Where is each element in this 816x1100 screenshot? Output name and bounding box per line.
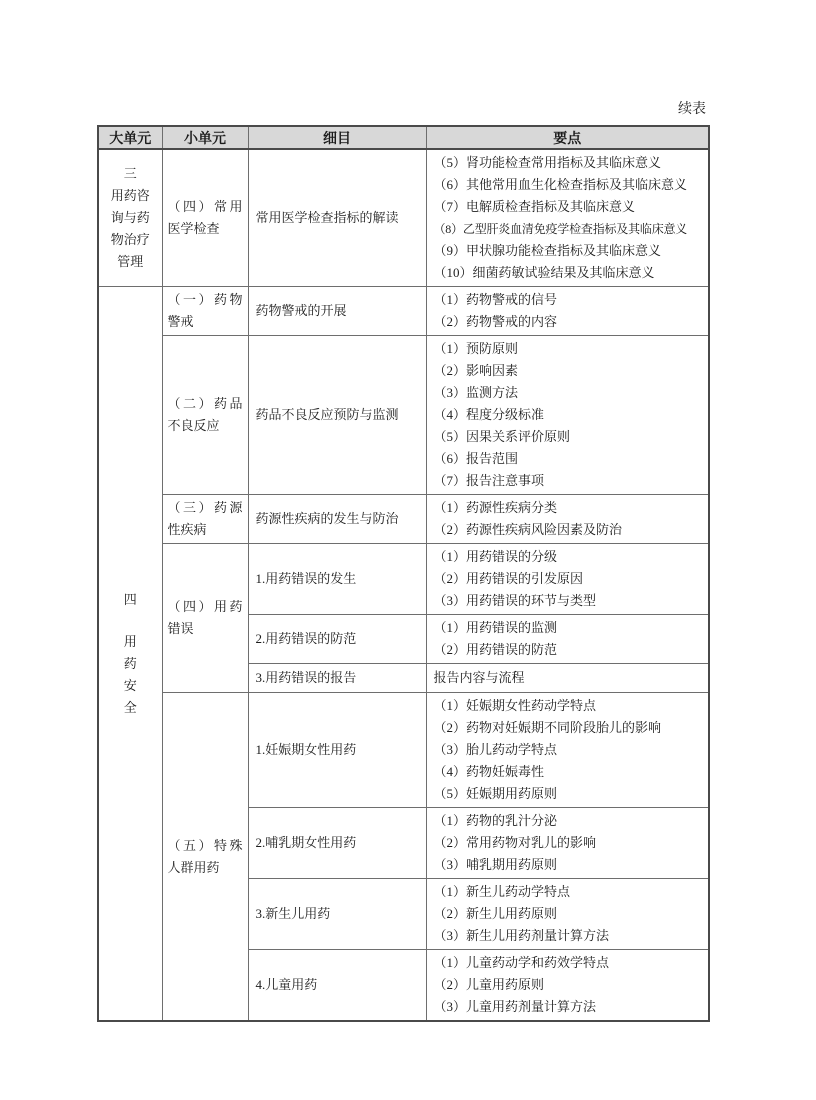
points-cell: （1）儿童药动学和药效学特点 （2）儿童用药原则 （3）儿童用药剂量计算方法 bbox=[426, 950, 709, 1022]
point-line: （1）药源性疾病分类 bbox=[434, 497, 709, 519]
unit3-name: 用药咨询与药物治疗管理 bbox=[106, 185, 155, 273]
point-line: （9）甲状腺功能检查指标及其临床意义 bbox=[434, 240, 709, 262]
point-line: （3）儿童用药剂量计算方法 bbox=[434, 996, 709, 1018]
point-line: （6）其他常用血生化检查指标及其临床意义 bbox=[434, 174, 709, 196]
point-line: （1）用药错误的监测 bbox=[434, 617, 709, 639]
points-cell: 报告内容与流程 bbox=[426, 664, 709, 693]
point-line: （7）报告注意事项 bbox=[434, 470, 709, 492]
point-line: （2）影响因素 bbox=[434, 360, 709, 382]
point-line: （2）药物对妊娠期不同阶段胎儿的影响 bbox=[434, 717, 709, 739]
unit3-points-cell: （5）肾功能检查常用指标及其临床意义 （6）其他常用血生化检查指标及其临床意义 … bbox=[426, 149, 709, 287]
point-line: （3）哺乳期用药原则 bbox=[434, 854, 709, 876]
point-line: （1）药物警戒的信号 bbox=[434, 289, 709, 311]
point-line: （1）药物的乳汁分泌 bbox=[434, 810, 709, 832]
point-line: （2）常用药物对乳儿的影响 bbox=[434, 832, 709, 854]
point-line: 报告内容与流程 bbox=[434, 667, 709, 689]
point-line: （2）药源性疾病风险因素及防治 bbox=[434, 519, 709, 541]
points-cell: （1）药源性疾病分类 （2）药源性疾病风险因素及防治 bbox=[426, 495, 709, 544]
detail-cell: 药源性疾病的发生与防治 bbox=[248, 495, 426, 544]
detail-cell: 2.用药错误的防范 bbox=[248, 615, 426, 664]
table-row: （四）用药错误 1.用药错误的发生 （1）用药错误的分级 （2）用药错误的引发原… bbox=[98, 544, 709, 615]
point-line: （8）乙型肝炎血清免疫学检查指标及其临床意义 bbox=[434, 218, 709, 240]
point-line: （5）妊娠期用药原则 bbox=[434, 783, 709, 805]
table-row: （三）药源性疾病 药源性疾病的发生与防治 （1）药源性疾病分类 （2）药源性疾病… bbox=[98, 495, 709, 544]
points-cell: （1）药物的乳汁分泌 （2）常用药物对乳儿的影响 （3）哺乳期用药原则 bbox=[426, 808, 709, 879]
point-line: （2）新生儿用药原则 bbox=[434, 903, 709, 925]
header-big-unit: 大单元 bbox=[98, 126, 162, 149]
point-line: （1）新生儿药动学特点 bbox=[434, 881, 709, 903]
point-line: （2）用药错误的引发原因 bbox=[434, 568, 709, 590]
detail-cell: 3.新生儿用药 bbox=[248, 879, 426, 950]
point-line: （2）药物警戒的内容 bbox=[434, 311, 709, 333]
continuation-label: 续表 bbox=[678, 101, 706, 119]
point-line: （10）细菌药敏试验结果及其临床意义 bbox=[434, 262, 709, 284]
point-line: （4）药物妊娠毒性 bbox=[434, 761, 709, 783]
unit3-detail-cell: 常用医学检查指标的解读 bbox=[248, 149, 426, 287]
detail-cell: 1.妊娠期女性用药 bbox=[248, 693, 426, 808]
unit4-sub3-cell: （三）药源性疾病 bbox=[162, 495, 248, 544]
point-line: （3）用药错误的环节与类型 bbox=[434, 590, 709, 612]
unit4-number: 四 bbox=[106, 589, 155, 611]
point-line: （1）预防原则 bbox=[434, 338, 709, 360]
points-cell: （1）用药错误的监测 （2）用药错误的防范 bbox=[426, 615, 709, 664]
table-row: 三 用药咨询与药物治疗管理 （四）常用医学检查 常用医学检查指标的解读 （5）肾… bbox=[98, 149, 709, 287]
unit4-name: 用药安全 bbox=[123, 631, 137, 719]
point-line: （5）因果关系评价原则 bbox=[434, 426, 709, 448]
points-cell: （1）预防原则 （2）影响因素 （3）监测方法 （4）程度分级标准 （5）因果关… bbox=[426, 336, 709, 495]
detail-cell: 药物警戒的开展 bbox=[248, 287, 426, 336]
table-row: 四 用药安全 （一）药物警戒 药物警戒的开展 （1）药物警戒的信号 （2）药物警… bbox=[98, 287, 709, 336]
unit3-number: 三 bbox=[106, 163, 155, 185]
detail-cell: 2.哺乳期女性用药 bbox=[248, 808, 426, 879]
header-points: 要点 bbox=[426, 126, 709, 149]
point-line: （2）用药错误的防范 bbox=[434, 639, 709, 661]
point-line: （1）用药错误的分级 bbox=[434, 546, 709, 568]
unit4-sub5-cell: （五）特殊人群用药 bbox=[162, 693, 248, 1022]
point-line: （1）妊娠期女性药动学特点 bbox=[434, 695, 709, 717]
unit4-sub1-cell: （一）药物警戒 bbox=[162, 287, 248, 336]
unit4-sub4-cell: （四）用药错误 bbox=[162, 544, 248, 693]
detail-cell: 药品不良反应预防与监测 bbox=[248, 336, 426, 495]
point-line: （7）电解质检查指标及其临床意义 bbox=[434, 196, 709, 218]
point-line: （3）胎儿药动学特点 bbox=[434, 739, 709, 761]
unit4-sub2-cell: （二）药品不良反应 bbox=[162, 336, 248, 495]
point-line: （3）监测方法 bbox=[434, 382, 709, 404]
header-detail: 细目 bbox=[248, 126, 426, 149]
points-cell: （1）药物警戒的信号 （2）药物警戒的内容 bbox=[426, 287, 709, 336]
point-line: （3）新生儿用药剂量计算方法 bbox=[434, 925, 709, 947]
table-row: （五）特殊人群用药 1.妊娠期女性用药 （1）妊娠期女性药动学特点 （2）药物对… bbox=[98, 693, 709, 808]
detail-cell: 1.用药错误的发生 bbox=[248, 544, 426, 615]
syllabus-table: 大单元 小单元 细目 要点 三 用药咨询与药物治疗管理 （四）常用医学检查 常用… bbox=[97, 125, 710, 1022]
header-small-unit: 小单元 bbox=[162, 126, 248, 149]
unit4-big-cell: 四 用药安全 bbox=[98, 287, 162, 1022]
detail-cell: 4.儿童用药 bbox=[248, 950, 426, 1022]
points-cell: （1）新生儿药动学特点 （2）新生儿用药原则 （3）新生儿用药剂量计算方法 bbox=[426, 879, 709, 950]
point-line: （2）儿童用药原则 bbox=[434, 974, 709, 996]
points-cell: （1）妊娠期女性药动学特点 （2）药物对妊娠期不同阶段胎儿的影响 （3）胎儿药动… bbox=[426, 693, 709, 808]
unit3-big-cell: 三 用药咨询与药物治疗管理 bbox=[98, 149, 162, 287]
table-row: （二）药品不良反应 药品不良反应预防与监测 （1）预防原则 （2）影响因素 （3… bbox=[98, 336, 709, 495]
point-line: （6）报告范围 bbox=[434, 448, 709, 470]
point-line: （1）儿童药动学和药效学特点 bbox=[434, 952, 709, 974]
points-cell: （1）用药错误的分级 （2）用药错误的引发原因 （3）用药错误的环节与类型 bbox=[426, 544, 709, 615]
unit3-sub-cell: （四）常用医学检查 bbox=[162, 149, 248, 287]
header-row: 大单元 小单元 细目 要点 bbox=[98, 126, 709, 149]
detail-cell: 3.用药错误的报告 bbox=[248, 664, 426, 693]
point-line: （5）肾功能检查常用指标及其临床意义 bbox=[434, 152, 709, 174]
document-page: 续表 大单元 小单元 细目 要点 三 用药咨询与药物治疗管理 （四）常用医 bbox=[0, 0, 816, 1100]
point-line: （4）程度分级标准 bbox=[434, 404, 709, 426]
